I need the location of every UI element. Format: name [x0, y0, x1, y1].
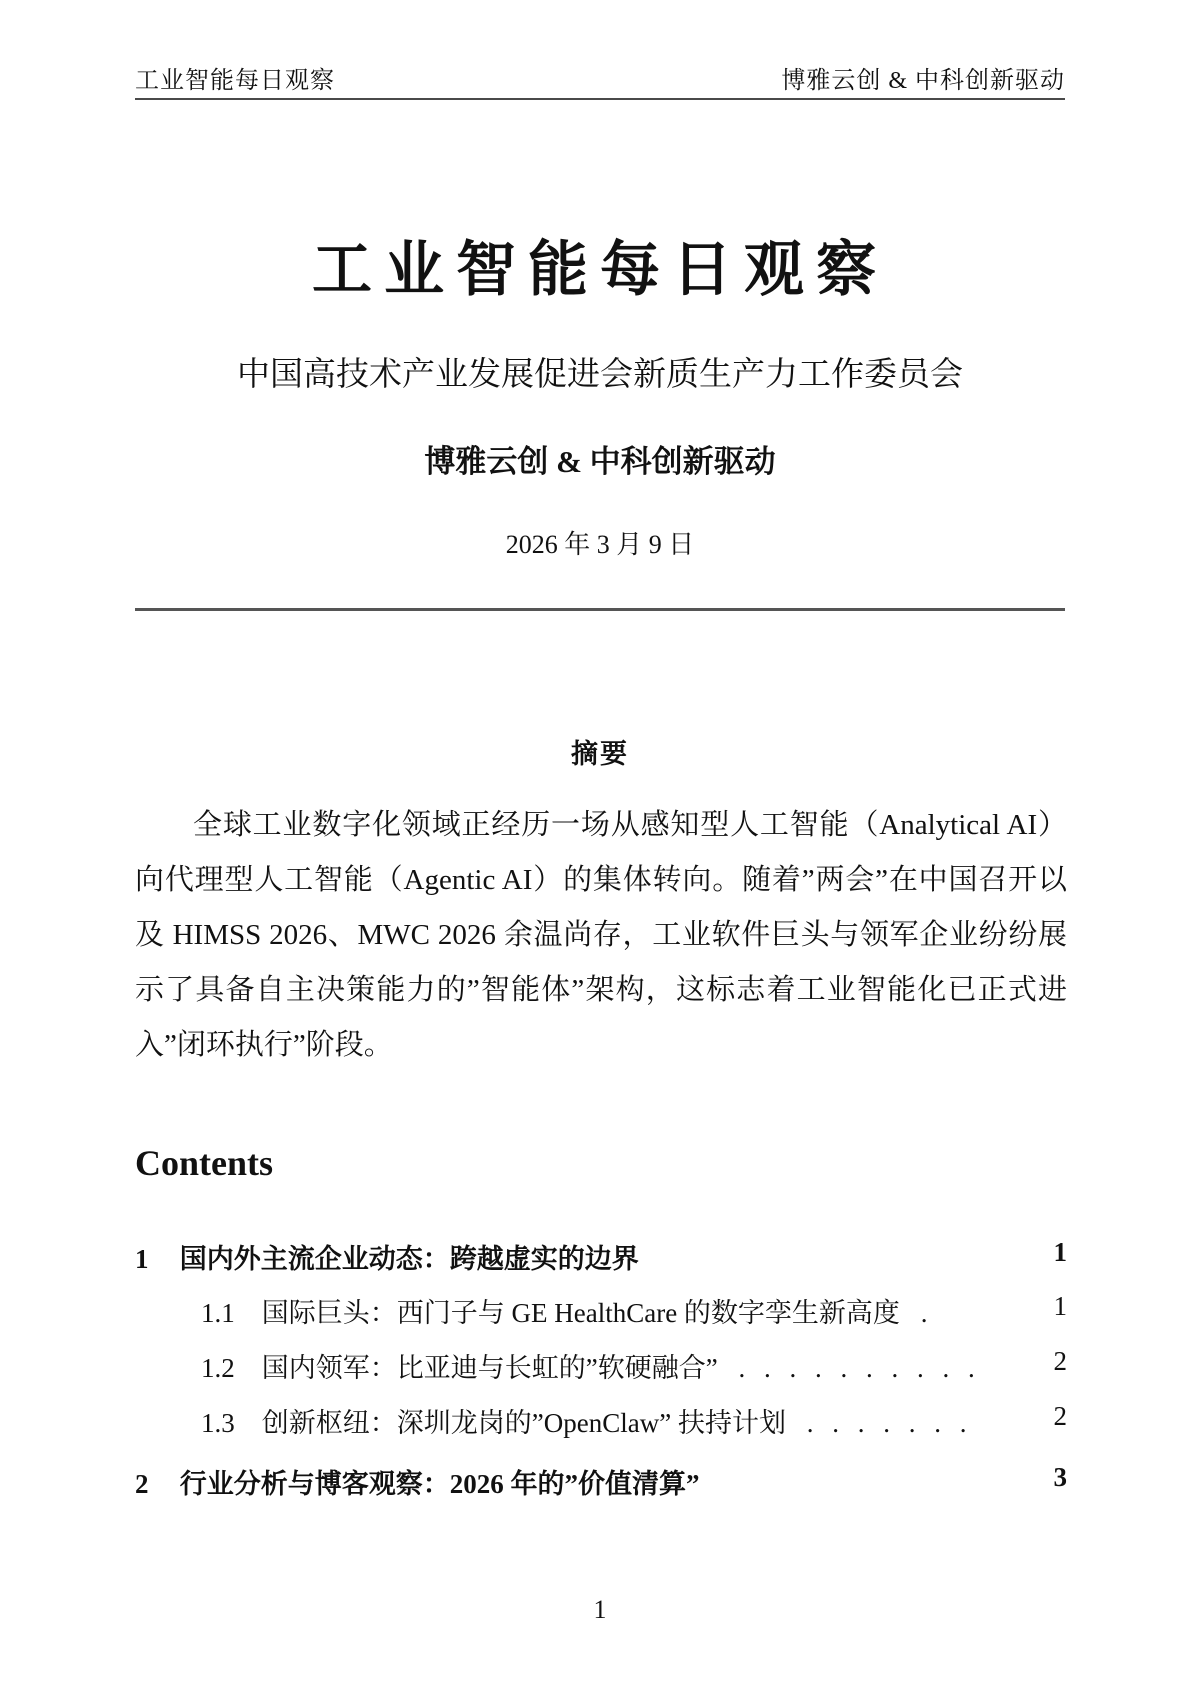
toc-dot-leader: . . . . . . .	[807, 1408, 973, 1438]
toc-entry-title: 行业分析与博客观察：2026 年的”价值清算”	[180, 1469, 700, 1499]
toc-entry-page: 1	[1054, 1237, 1068, 1268]
toc-entry-title: 国内外主流企业动态：跨越虚实的边界	[180, 1244, 639, 1274]
toc-entry-title: 国际巨头：西门子与 GE HealthCare 的数字孪生新高度	[262, 1298, 900, 1328]
toc-entry-number: 1	[135, 1244, 173, 1275]
toc-entry-subsection-1-2[interactable]: 1.2 国内领军：比亚迪与长虹的”软硬融合” . . . . . . . . .…	[135, 1346, 1067, 1385]
toc-entry-page: 2	[1054, 1401, 1068, 1432]
running-header-title: 工业智能每日观察	[135, 60, 335, 95]
toc-entry-section-1[interactable]: 1 国内外主流企业动态：跨越虚实的边界 1	[135, 1237, 1067, 1276]
document-organization: 中国高技术产业发展促进会新质生产力工作委员会	[0, 348, 1200, 395]
document-page: 工业智能每日观察 博雅云创 & 中科创新驱动 工业智能每日观察 中国高技术产业发…	[0, 0, 1200, 1697]
toc-entry-number: 1.1	[201, 1298, 255, 1329]
abstract-paragraph: 全球工业数字化领域正经历一场从感知型人工智能（Analytical AI）向代理…	[135, 798, 1067, 1073]
toc-entry-title: 国内领军：比亚迪与长虹的”软硬融合”	[262, 1353, 718, 1383]
header-rule	[135, 98, 1065, 100]
toc-entry-number: 1.2	[201, 1353, 255, 1384]
running-header-authors: 博雅云创 & 中科创新驱动	[781, 60, 1065, 95]
page-number: 1	[0, 1595, 1200, 1625]
document-authors: 博雅云创 & 中科创新驱动	[0, 436, 1200, 481]
toc-dot-leader: . . . . . . . . . .	[738, 1353, 980, 1383]
abstract-heading: 摘要	[0, 732, 1200, 771]
toc-entry-section-2[interactable]: 2 行业分析与博客观察：2026 年的”价值清算” 3	[135, 1462, 1067, 1501]
document-title: 工业智能每日观察	[0, 222, 1200, 308]
document-date: 2026 年 3 月 9 日	[0, 524, 1200, 561]
toc-entry-number: 1.3	[201, 1408, 255, 1439]
toc-entry-subsection-1-3[interactable]: 1.3 创新枢纽：深圳龙岗的”OpenClaw” 扶持计划 . . . . . …	[135, 1401, 1067, 1440]
toc-entry-subsection-1-1[interactable]: 1.1 国际巨头：西门子与 GE HealthCare 的数字孪生新高度 . 1	[135, 1291, 1067, 1330]
toc-entry-page: 2	[1054, 1346, 1068, 1377]
toc-dot-leader: .	[921, 1298, 934, 1328]
title-separator-rule	[135, 608, 1065, 611]
toc-entry-page: 3	[1054, 1462, 1068, 1493]
toc-entry-number: 2	[135, 1469, 173, 1500]
toc-entry-title: 创新枢纽：深圳龙岗的”OpenClaw” 扶持计划	[262, 1408, 786, 1438]
contents-heading: Contents	[135, 1142, 273, 1184]
toc-entry-page: 1	[1054, 1291, 1068, 1322]
